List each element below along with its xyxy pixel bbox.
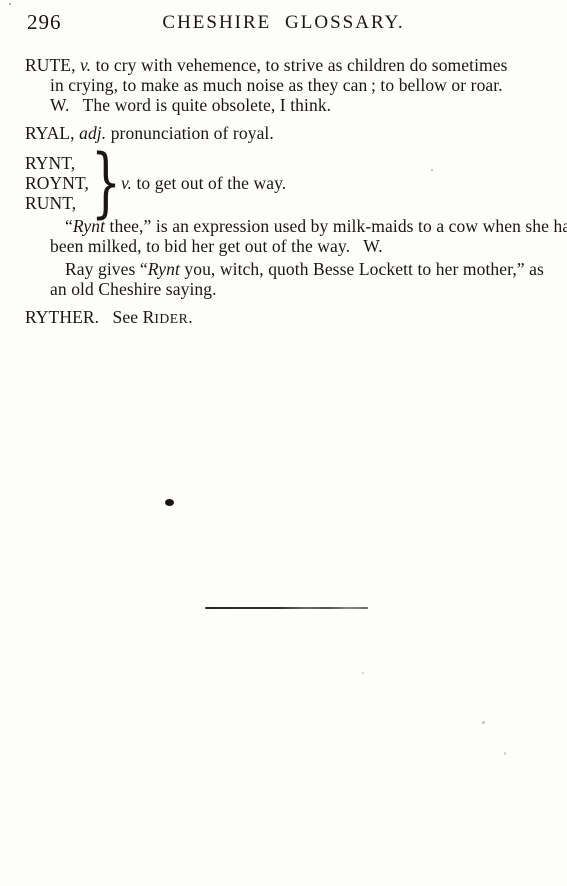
- text-line: been milked, to bid her get out of the w…: [50, 236, 557, 256]
- paper-speck: [482, 721, 485, 724]
- headword-variant: RUNT,: [25, 193, 89, 213]
- headword-variant: RYNT,: [25, 153, 89, 173]
- page-content: RUTE, v. to cry with vehemence, to striv…: [25, 55, 557, 329]
- headword-variants: RYNT, ROYNT, RUNT,: [25, 153, 89, 213]
- page-header: 296 CHESHIRE GLOSSARY.: [0, 8, 567, 36]
- text-line: RYTHER. See RIDER.: [25, 307, 557, 329]
- glossary-entry-rynt-group: RYNT, ROYNT, RUNT, } v. to get out of th…: [25, 152, 557, 214]
- paper-speck: [431, 169, 433, 171]
- ink-dot: [165, 499, 174, 506]
- text-line: an old Cheshire saying.: [50, 279, 557, 299]
- paper-speck: [504, 752, 506, 755]
- brace-glyph: }: [91, 152, 106, 214]
- paper-speck: [9, 3, 11, 5]
- book-page: 296 CHESHIRE GLOSSARY. RUTE, v. to cry w…: [0, 0, 567, 886]
- text-line: in crying, to make as much noise as they…: [50, 75, 557, 95]
- usage-note-2: Ray gives “Rynt you, witch, quoth Besse …: [25, 259, 557, 299]
- running-title: CHESHIRE GLOSSARY.: [0, 12, 567, 34]
- text-line: Ray gives “Rynt you, witch, quoth Besse …: [65, 259, 557, 279]
- text-line: RUTE, v. to cry with vehemence, to striv…: [25, 55, 557, 75]
- glossary-entry-rute: RUTE, v. to cry with vehemence, to striv…: [25, 55, 557, 115]
- text-line: “Rynt thee,” is an expression used by mi…: [65, 216, 557, 236]
- text-line: W. The word is quite obsolete, I think.: [50, 95, 557, 115]
- glossary-entry-ryther: RYTHER. See RIDER.: [25, 307, 557, 329]
- separator-rule: [205, 607, 368, 609]
- definition-text: v. to get out of the way.: [121, 173, 286, 193]
- paper-speck: [362, 672, 364, 674]
- headword-variant: ROYNT,: [25, 173, 89, 193]
